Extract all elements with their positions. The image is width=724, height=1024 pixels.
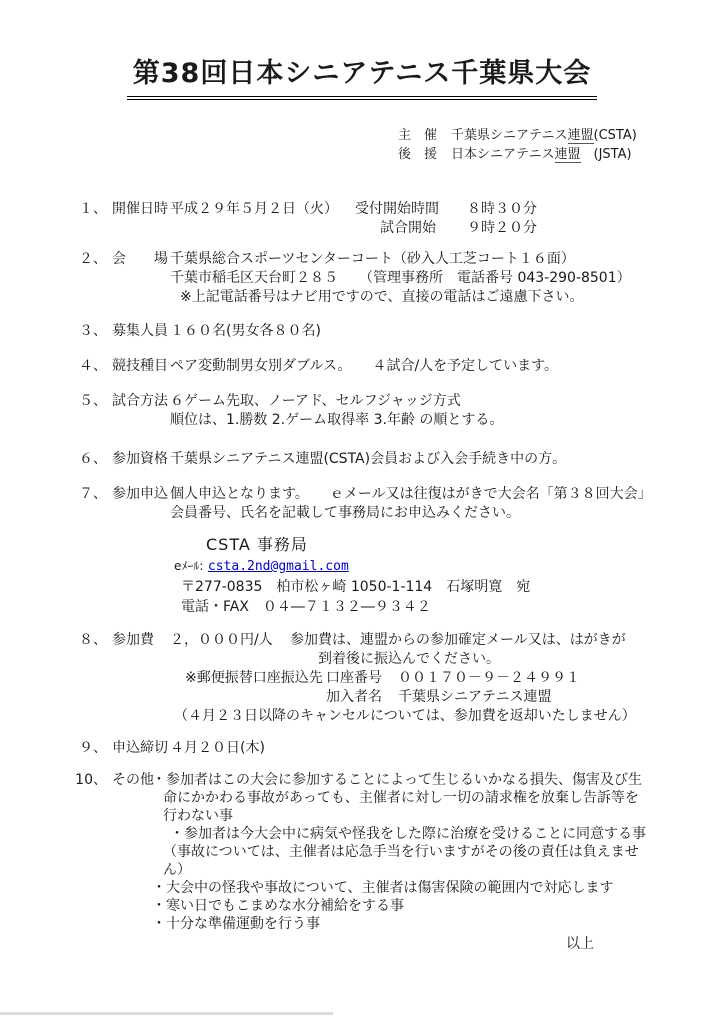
fee-amount: ２，０００円/人	[170, 632, 273, 648]
event-date: 平成２９年５月２日（火）	[170, 201, 338, 217]
transfer-account-line: ※郵便振替口座振込先 口座番号 ００１７０－９－２４９９１	[170, 669, 724, 688]
fee-payment-note-2: 到着後に振込んでください。	[318, 650, 724, 669]
page-title: 第38回日本シニアテニス千葉県大会	[127, 54, 598, 100]
fee-payment-note-1: 参加費は、連盟からの参加確定メール又は、はがきが	[290, 631, 626, 650]
venue-address: 千葉市稲毛区天台町２８５ （管理事務所 電話番号 043-290-8501）	[170, 269, 724, 288]
section-6-label: 参加資格	[112, 450, 168, 469]
host-name: 千葉県シニアテニス連盟(CSTA)	[451, 128, 637, 144]
reception-time-label: 受付開始時間	[355, 200, 439, 219]
section-other-notes: 10、 その他 ・参加者はこの大会に参加することによって生じるいかなる損失、傷害…	[0, 771, 724, 933]
section-10-label: その他	[112, 771, 154, 789]
support-line: 後 援日本シニアテニス連盟 (JSTA)	[398, 145, 724, 164]
support-role-label: 後 援	[398, 147, 437, 162]
note-first-aid-2: ん）	[163, 861, 724, 879]
cancel-policy: （４月２３日以降のキャンセルについては、参加費を返却いたしません）	[174, 707, 724, 726]
note-waiver-2: 命にかかわる事故があっても、主催者に対し一切の請求権を放棄し告訴等を	[163, 789, 724, 807]
note-treatment-consent: ・参加者は今大会中に病気や怪我をした際に治療を受けることに同意する事	[170, 825, 724, 843]
section-10-number: 10、	[60, 771, 107, 789]
section-8-label: 参加費	[112, 631, 154, 650]
section-2-number: ２、	[60, 250, 107, 269]
match-start-line: 試合開始 ９時２０分	[170, 219, 724, 238]
account-number-label: 口座番号	[326, 669, 382, 688]
note-first-aid-1: （事故については、主催者は応急手当を行いますがその後の責任は負えませ	[163, 843, 724, 861]
section-eligibility: ６、 参加資格 千葉県シニアテニス連盟(CSTA)会員および入会手続き中の方。	[0, 450, 724, 469]
section-2-label: 会 場	[112, 250, 168, 269]
fee-line: ２，０００円/人 参加費は、連盟からの参加確定メール又は、はがきが	[170, 631, 724, 650]
email-label: eﾒｰﾙ:	[174, 559, 203, 573]
office-email-line: eﾒｰﾙ: csta.2nd@gmail.com	[174, 556, 724, 577]
office-address: 〒277-0835 柏市松ヶ崎 1050-1-114 石塚明寛 宛	[181, 577, 724, 597]
section-6-number: ６、	[60, 450, 107, 469]
closing-mark: 以上	[0, 935, 724, 954]
host-role-label: 主 催	[398, 128, 437, 143]
section-application: ７、 参加申込 個人申込となります。 ｅメール又は往復はがきで大会名「第３８回大…	[0, 485, 724, 523]
sponsor-block: 主 催千葉県シニアテニス連盟(CSTA) 後 援日本シニアテニス連盟 (JSTA…	[398, 126, 724, 164]
section-3-label: 募集人員	[112, 322, 168, 341]
venue-name: 千葉県総合スポーツセンターコート（砂入人工芝コート１６面）	[170, 250, 724, 269]
support-name: 日本シニアテニス連盟 (JSTA)	[451, 147, 632, 163]
section-4-number: ４、	[60, 357, 107, 376]
section-entry-fee: ８、 参加費 ２，０００円/人 参加費は、連盟からの参加確定メール又は、はがきが…	[0, 631, 724, 726]
title-block: 第38回日本シニアテニス千葉県大会	[0, 0, 724, 100]
capacity-value: １６０名(男女各８０名)	[170, 322, 724, 341]
email-link[interactable]: csta.2nd@gmail.com	[208, 559, 349, 574]
event-type-value: ペア変動制男女別ダブルス。 ４試合/人を予定しています。	[170, 357, 724, 376]
section-3-number: ３、	[60, 322, 107, 341]
document-page: 第38回日本シニアテニス千葉県大会 主 催千葉県シニアテニス連盟(CSTA) 後…	[0, 0, 724, 1024]
note-waiver-1: ・参加者はこの大会に参加することによって生じるいかなる損失、傷害及び生	[152, 771, 724, 789]
application-method-1: 個人申込となります。 ｅメール又は往復はがきで大会名「第３８回大会」	[170, 485, 724, 504]
note-waiver-3: 行わない事	[163, 807, 724, 825]
office-phone-fax: 電話・FAX ０４―７１３２―９３４２	[181, 597, 724, 617]
section-capacity: ３、 募集人員 １６０名(男女各８０名)	[0, 322, 724, 341]
host-line: 主 催千葉県シニアテニス連盟(CSTA)	[398, 126, 724, 145]
match-start-time: ９時２０分	[467, 219, 537, 238]
application-method-2: 会員番号、氏名を記載して事務局にお申込みください。	[170, 504, 724, 523]
section-8-number: ８、	[60, 631, 107, 650]
section-event-date: １、 開催日時 平成２９年５月２日（火） 受付開始時間 ８時３０分 試合開始 ９…	[0, 200, 724, 238]
section-5-number: ５、	[60, 392, 107, 411]
section-venue: ２、 会 場 千葉県総合スポーツセンターコート（砂入人工芝コート１６面） 千葉市…	[0, 250, 724, 307]
section-4-label: 競技種目	[112, 357, 168, 376]
section-7-number: ７、	[60, 485, 107, 504]
match-format-rule: ６ゲーム先取、ノーアド、セルフジャッジ方式	[170, 392, 724, 411]
venue-phone-note: ※上記電話番号はナビ用ですので、直接の電話はご遠慮下さい。	[180, 288, 724, 307]
note-hydration: ・寒い日でもこまめな水分補給をする事	[152, 897, 724, 915]
note-insurance: ・大会中の怪我や事故について、主催者は傷害保険の範囲内で対応します	[152, 879, 724, 897]
section-match-format: ５、 試合方法 ６ゲーム先取、ノーアド、セルフジャッジ方式 順位は、1.勝数 2…	[0, 392, 724, 430]
section-deadline: ９、 申込締切 ４月２０日(木)	[0, 739, 724, 758]
section-1-label: 開催日時	[112, 200, 168, 219]
section-5-label: 試合方法	[112, 392, 168, 411]
note-warmup: ・十分な準備運動を行う事	[152, 915, 724, 933]
account-holder-name: 千葉県シニアテニス連盟	[398, 688, 551, 707]
section-event-type: ４、 競技種目 ペア変動制男女別ダブルス。 ４試合/人を予定しています。	[0, 357, 724, 376]
office-contact-block: CSTA 事務局 eﾒｰﾙ: csta.2nd@gmail.com 〒277-0…	[0, 534, 724, 617]
ranking-rule: 順位は、1.勝数 2.ゲーム取得率 3.年齢 の順とする。	[170, 411, 724, 430]
office-heading: CSTA 事務局	[206, 534, 724, 556]
eligibility-value: 千葉県シニアテニス連盟(CSTA)会員および入会手続き中の方。	[170, 450, 724, 469]
scan-artifact	[0, 1012, 333, 1015]
reception-time: ８時３０分	[467, 200, 537, 219]
event-date-line: 平成２９年５月２日（火） 受付開始時間 ８時３０分	[170, 200, 724, 219]
section-9-number: ９、	[60, 739, 107, 758]
section-1-number: １、	[60, 200, 107, 219]
account-holder-label: 加入者名	[326, 688, 382, 707]
account-holder-line: 加入者名 千葉県シニアテニス連盟	[170, 688, 724, 707]
section-9-label: 申込締切	[112, 739, 168, 758]
deadline-value: ４月２０日(木)	[170, 739, 724, 758]
transfer-label: ※郵便振替口座振込先	[185, 670, 323, 686]
match-start-label: 試合開始	[380, 219, 436, 238]
account-number: ００１７０－９－２４９９１	[398, 669, 580, 688]
section-7-label: 参加申込	[112, 485, 168, 504]
